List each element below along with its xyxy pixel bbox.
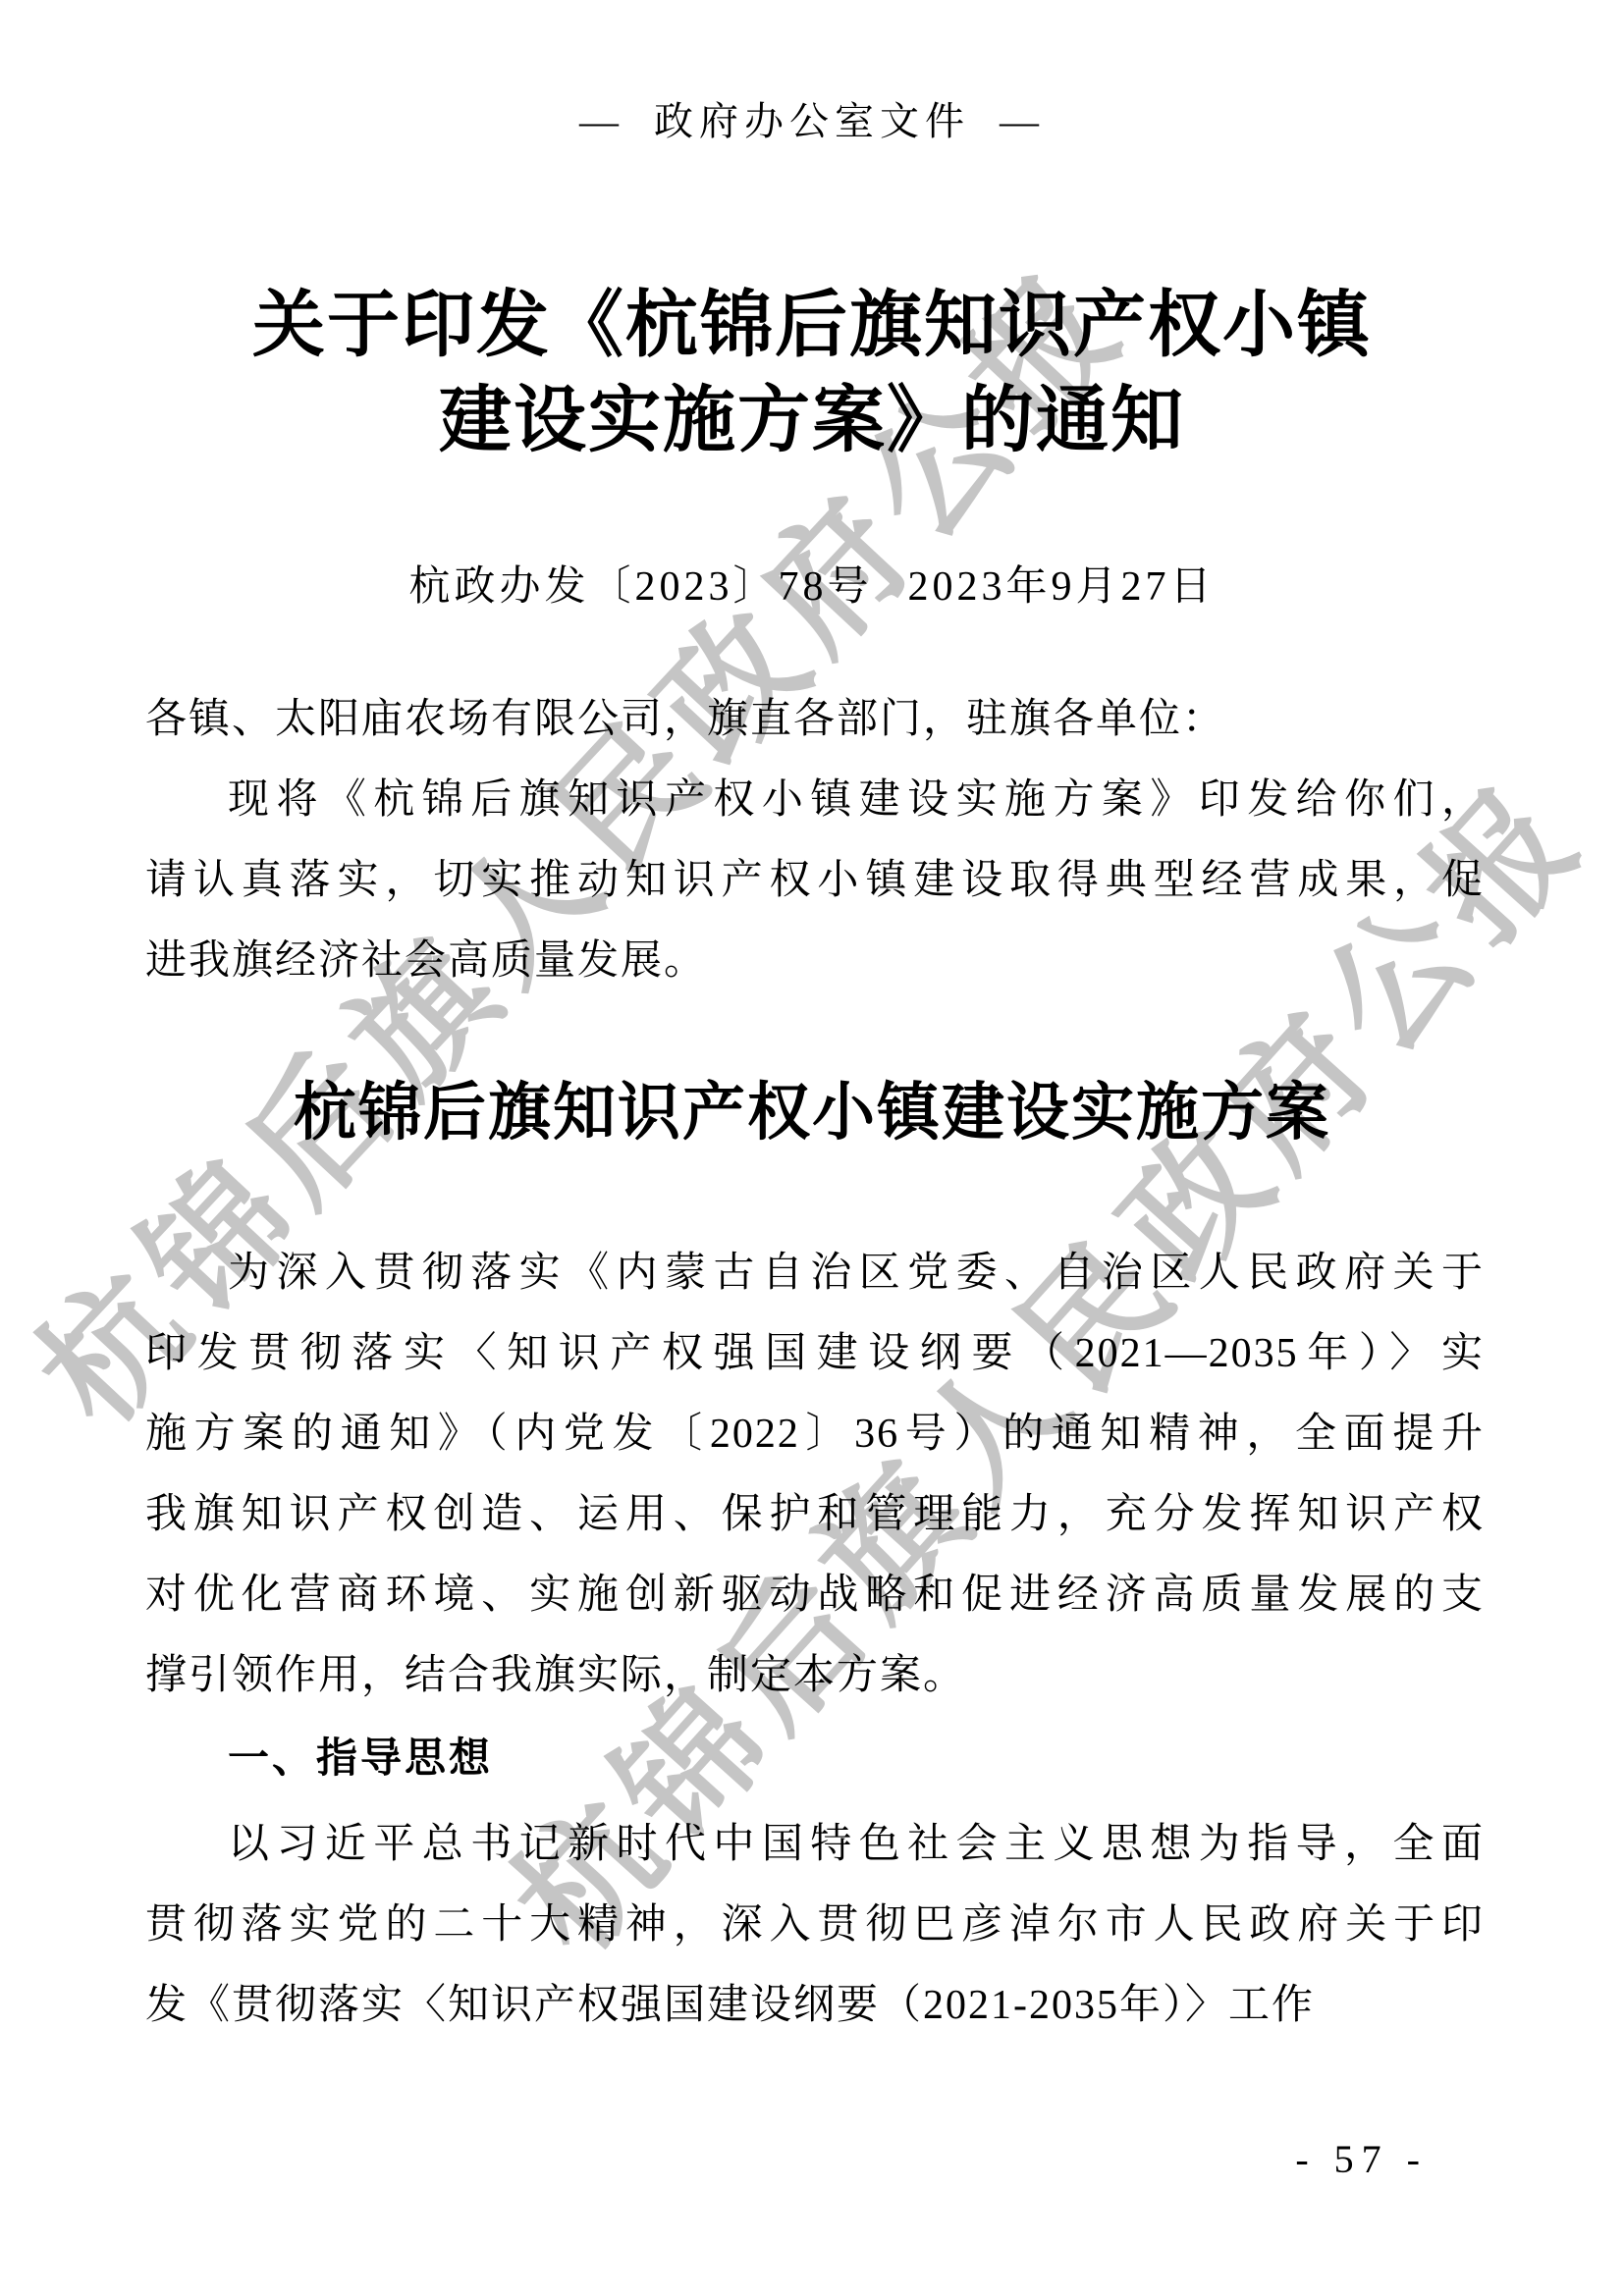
section-1-heading: 一、指导思想: [228, 1724, 493, 1792]
notice-body: 各镇、太阳庙农场有限公司，旗直各部门，驻旗各单位： 现将《杭锦后旗知识产权小镇建…: [145, 679, 1485, 1001]
notice-title-line2: 建设实施方案》的通知: [0, 374, 1624, 469]
plan-title: 杭锦后旗知识产权小镇建设实施方案: [0, 1074, 1624, 1152]
page-number: - 57 -: [1295, 2136, 1428, 2182]
plan-intro-line: 施方案的通知》（内党发〔2022〕36号）的通知精神，全面提升: [145, 1394, 1485, 1474]
notice-title: 关于印发《杭锦后旗知识产权小镇 建设实施方案》的通知: [0, 279, 1624, 469]
salutation: 各镇、太阳庙农场有限公司，旗直各部门，驻旗各单位：: [145, 679, 1485, 760]
doc-number-line: 杭政办发〔2023〕78号2023年9月27日: [0, 554, 1624, 613]
plan-intro-line: 印发贯彻落实〈知识产权强国建设纲要（2021—2035年）〉实: [145, 1313, 1485, 1394]
plan-intro: 为深入贯彻落实《内蒙古自治区党委、自治区人民政府关于 印发贯彻落实〈知识产权强国…: [145, 1233, 1485, 1716]
section-1-line: 发《贯彻落实〈知识产权强国建设纲要（2021-2035年）〉工作: [145, 1965, 1485, 2046]
page-header: — 政府办公室文件 —: [0, 90, 1624, 146]
plan-intro-line: 对优化营商环境、实施创新驱动战略和促进经济高质量发展的支: [145, 1555, 1485, 1635]
doc-date: 2023年9月27日: [908, 564, 1216, 610]
section-1-line: 贯彻落实党的二十大精神，深入贯彻巴彦淖尔市人民政府关于印: [145, 1885, 1485, 1965]
section-1-body: 以习近平总书记新时代中国特色社会主义思想为指导，全面 贯彻落实党的二十大精神，深…: [145, 1804, 1485, 2046]
doc-number: 杭政办发〔2023〕78号: [408, 564, 872, 610]
notice-body-line: 请认真落实，切实推动知识产权小镇建设取得典型经营成果，促: [145, 840, 1485, 921]
document-page: 杭锦后旗人民政府公报 杭锦后旗人民政府公报 — 政府办公室文件 — 关于印发《杭…: [0, 0, 1624, 2296]
notice-body-line: 进我旗经济社会高质量发展。: [145, 921, 1485, 1001]
plan-intro-line: 我旗知识产权创造、运用、保护和管理能力，充分发挥知识产权: [145, 1474, 1485, 1555]
notice-body-line: 现将《杭锦后旗知识产权小镇建设实施方案》印发给你们，: [145, 760, 1485, 840]
section-1-line: 以习近平总书记新时代中国特色社会主义思想为指导，全面: [145, 1804, 1485, 1885]
plan-intro-line: 撑引领作用，结合我旗实际，制定本方案。: [145, 1635, 1485, 1716]
notice-title-line1: 关于印发《杭锦后旗知识产权小镇: [0, 279, 1624, 374]
plan-intro-line: 为深入贯彻落实《内蒙古自治区党委、自治区人民政府关于: [145, 1233, 1485, 1313]
